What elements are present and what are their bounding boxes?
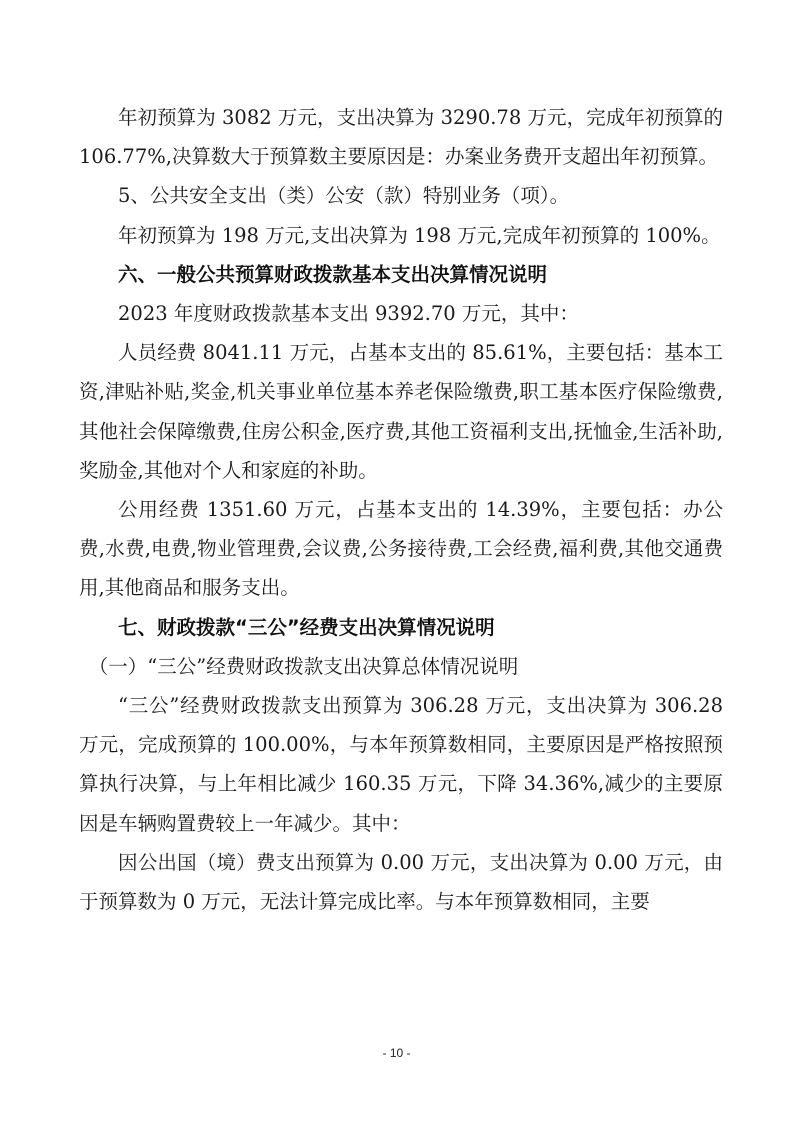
subsection-heading-1: （一）“三公”经费财政拨款支出决算总体情况说明: [79, 647, 723, 686]
document-page: 年初预算为 3082 万元，支出决算为 3290.78 万元，完成年初预算的 1…: [0, 0, 793, 1122]
paragraph-item-5-budget: 年初预算为 198 万元,支出决算为 198 万元,完成年初预算的 100%。: [79, 216, 723, 255]
paragraph-three-public-overview: “三公”经费财政拨款支出预算为 306.28 万元，支出决算为 306.28 万…: [79, 686, 723, 843]
page-number: - 10 -: [0, 1046, 793, 1060]
paragraph-item-5-title: 5、公共安全支出（类）公安（款）特别业务（项）。: [79, 176, 723, 215]
section-heading-6: 六、一般公共预算财政拨款基本支出决算情况说明: [79, 255, 723, 294]
paragraph-public-expenses: 公用经费 1351.60 万元，占基本支出的 14.39%，主要包括：办公费,水…: [79, 490, 723, 608]
paragraph-basic-expenditure-total: 2023 年度财政拨款基本支出 9392.70 万元，其中：: [79, 294, 723, 333]
paragraph-personnel-expenses: 人员经费 8041.11 万元，占基本支出的 85.61%，主要包括：基本工资,…: [79, 333, 723, 490]
section-heading-7: 七、财政拨款“三公”经费支出决算情况说明: [79, 608, 723, 647]
document-body: 年初预算为 3082 万元，支出决算为 3290.78 万元，完成年初预算的 1…: [79, 98, 723, 921]
paragraph-overseas-travel: 因公出国（境）费支出预算为 0.00 万元，支出决算为 0.00 万元，由于预算…: [79, 843, 723, 921]
paragraph-budget-overrun: 年初预算为 3082 万元，支出决算为 3290.78 万元，完成年初预算的 1…: [79, 98, 723, 176]
